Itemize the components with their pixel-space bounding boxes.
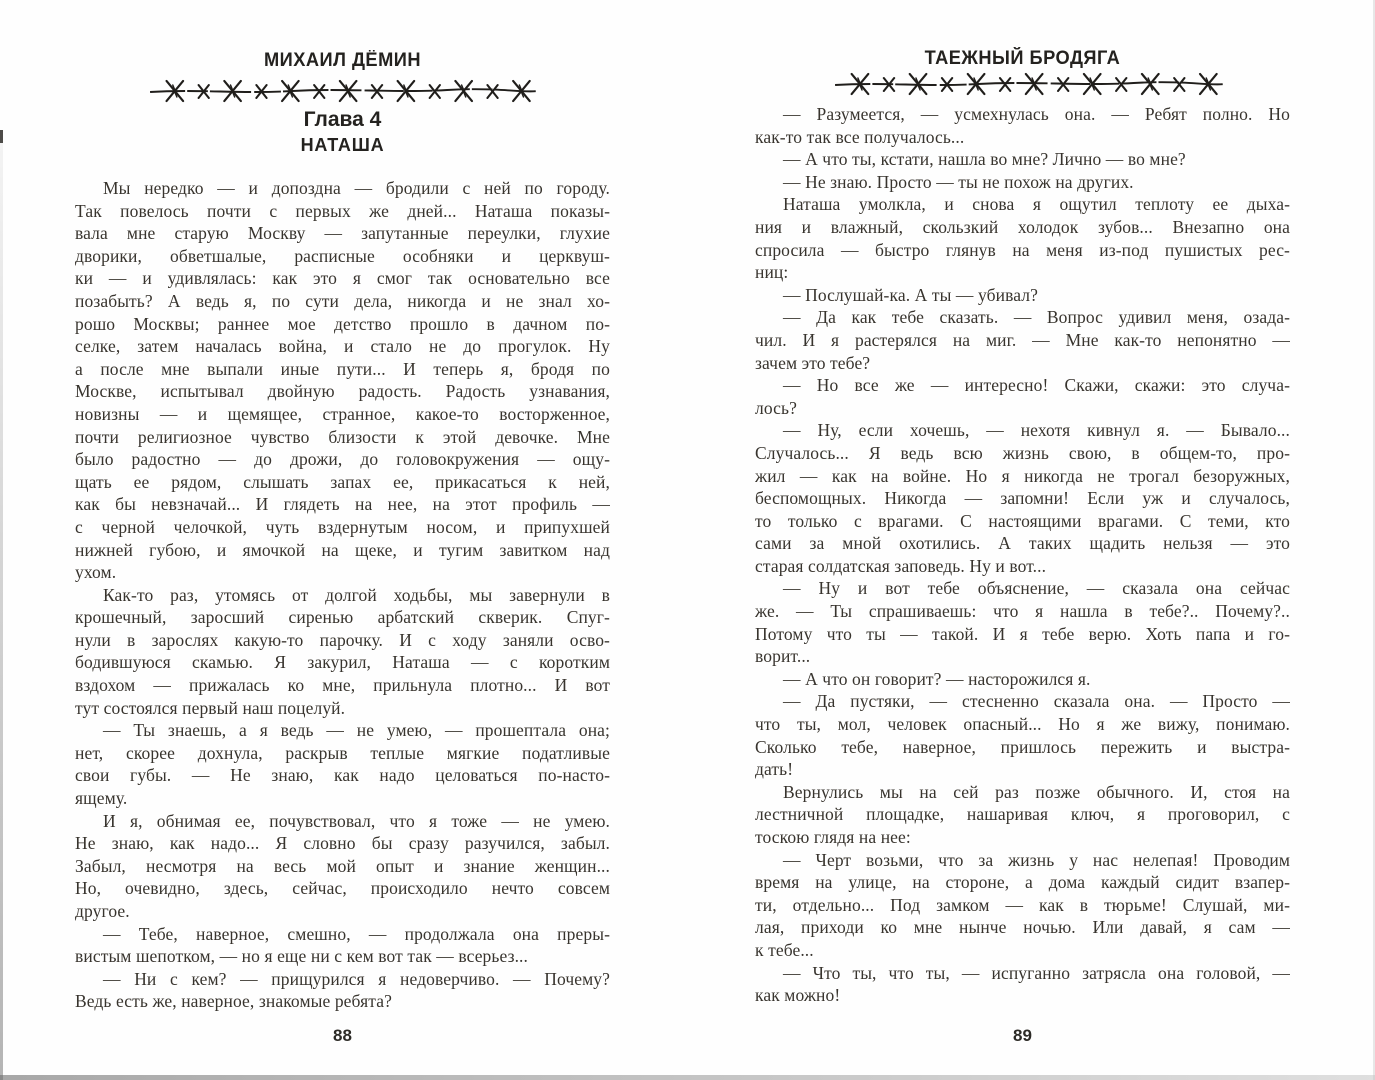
text-line: то только с врагами. С настоящими врагам…	[755, 510, 1290, 533]
text-line: Ведь есть же, наверное, знакомые ребята?	[75, 990, 610, 1013]
text-line: дать!	[755, 758, 1290, 781]
text-line: — Ну, если хочешь, — нехотя кивнул я. — …	[755, 419, 1290, 442]
page-number-left: 88	[75, 1026, 610, 1046]
text-line: бодившуюся скамью. Я закурил, Наташа — с…	[75, 651, 610, 674]
text-line: — Да как тебе сказать. — Вопрос удивил м…	[755, 306, 1290, 329]
text-line: как можно!	[755, 984, 1290, 1007]
text-line: — Ты знаешь, а я ведь — не умею, — проше…	[75, 719, 610, 742]
running-head-author: МИХАИЛ ДЁМИН	[86, 50, 600, 72]
text-line: щать ее рядом, слышать запах ее, прикаса…	[75, 471, 610, 494]
text-line: селке, затем началась война, и стало не …	[75, 335, 610, 358]
text-line: крошечный, заросший сиренью арбатский ск…	[75, 606, 610, 629]
text-line: Как-то раз, утомясь от долгой ходьбы, мы…	[75, 584, 610, 607]
text-line: лая, приходи ко мне нынче ночью. Или дав…	[755, 916, 1290, 939]
chapter-heading: Глава 4	[75, 108, 610, 132]
text-line: — Не знаю. Просто — ты не похож на други…	[755, 171, 1290, 194]
text-line: жил — как на войне. Но я никогда не трог…	[755, 465, 1290, 488]
page-left: МИХАИЛ ДЁМИН Глава 4 НАТАША Мы нередко —…	[75, 0, 610, 1080]
text-line: тут состоялся первый наш поцелуй.	[75, 697, 610, 720]
page-number-right: 89	[755, 1026, 1290, 1046]
barbed-wire-divider-icon	[148, 79, 540, 103]
text-line: ниц:	[755, 261, 1290, 284]
scan-edge-bottom	[0, 1075, 1375, 1080]
page-body-left: Мы нередко — и допоздна — бродили с ней …	[75, 177, 610, 1013]
text-line: Мы нередко — и допоздна — бродили с ней …	[75, 177, 610, 200]
text-line: Случалось... Я ведь всю жизнь свою, в об…	[755, 442, 1290, 465]
text-line: старая солдатская заповедь. Ну и вот...	[755, 555, 1290, 578]
text-line: Не знаю, как надо... Я словно бы сразу р…	[75, 832, 610, 855]
text-line: с черной челочкой, чуть вздернутым носом…	[75, 516, 610, 539]
text-line: Наташа умолкла, и снова я ощутил теплоту…	[755, 193, 1290, 216]
text-line: вздохом — прижалась ко мне, прильнула пл…	[75, 674, 610, 697]
text-line: Москве, испытывал двойную радость. Радос…	[75, 380, 610, 403]
text-line: Но, очевидно, здесь, сейчас, происходило…	[75, 877, 610, 900]
text-line: — Послушай-ка. А ты — убивал?	[755, 284, 1290, 307]
text-line: Вернулись мы на сей раз позже обычного. …	[755, 781, 1290, 804]
text-line: почти религиозное чувство близости к это…	[75, 426, 610, 449]
text-line: лестничной площадке, нашаривая ключ, я п…	[755, 803, 1290, 826]
text-line: — Ни с кем? — прищурился я недоверчиво. …	[75, 968, 610, 991]
text-line: нули в зарослях какую-то парочку. И с хо…	[75, 629, 610, 652]
text-line: — Но все же — интересно! Скажи, скажи: э…	[755, 374, 1290, 397]
text-line: Так повелось почти с первых же дней... Н…	[75, 200, 610, 223]
text-line: ящему.	[75, 787, 610, 810]
book-spread: МИХАИЛ ДЁМИН Глава 4 НАТАША Мы нередко —…	[0, 0, 1375, 1080]
text-line: новизны — и щемящее, странное, какое-то …	[75, 403, 610, 426]
text-line: рошо Москвы; раннее мое детство прошло в…	[75, 313, 610, 336]
text-line: что ты, мол, человек опасный... Но я же …	[755, 713, 1290, 736]
text-line: дворики, обветшалые, расписные особняки …	[75, 245, 610, 268]
text-line: — Черт возьми, что за жизнь у нас нелепа…	[755, 849, 1290, 872]
text-line: позабыть? А ведь я, по сути дела, никогд…	[75, 290, 610, 313]
running-head-title: ТАЕЖНЫЙ БРОДЯГА	[766, 48, 1280, 70]
text-line: же. — Ты спрашиваешь: что я нашла в тебе…	[755, 600, 1290, 623]
text-line: ния и влажный, скользкий холодок зубов..…	[755, 216, 1290, 239]
chapter-title: НАТАША	[75, 135, 610, 156]
text-line: — Разумеется, — усмехнулась она. — Ребят…	[755, 103, 1290, 126]
text-line: ки — и удивлялась: как это я смог так ос…	[75, 267, 610, 290]
text-line: как-то так все получалось...	[755, 126, 1290, 149]
text-line: ти, отдельно... Под замком — как в тюрьм…	[755, 894, 1290, 917]
text-line: было радостно — до дрожи, до головокруже…	[75, 448, 610, 471]
text-line: чил. И я растерялся на миг. — Мне как-то…	[755, 329, 1290, 352]
text-line: спросила — быстро глянув на меня из-под …	[755, 239, 1290, 262]
text-line: — А что он говорит? — насторожился я.	[755, 668, 1290, 691]
text-line: нижней губою, и ямочкой на щеке, и тугим…	[75, 539, 610, 562]
text-line: — Ну и вот тебе объяснение, — сказала он…	[755, 577, 1290, 600]
text-line: зачем это тебе?	[755, 352, 1290, 375]
text-line: Сколько тебе, наверное, пришлось пережит…	[755, 736, 1290, 759]
text-line: — Тебе, наверное, смешно, — продолжала о…	[75, 923, 610, 946]
barbed-wire-divider-icon	[833, 72, 1227, 96]
text-line: свои губы. — Не знаю, как надо целоватьс…	[75, 764, 610, 787]
text-line: тоскою глядя на нее:	[755, 826, 1290, 849]
text-line: Забыл, несмотря на весь мой опыт и знани…	[75, 855, 610, 878]
text-line: И я, обнимая ее, почувствовал, что я тож…	[75, 810, 610, 833]
text-line: беспомощных. Никогда — запомни! Если уж …	[755, 487, 1290, 510]
page-right: ТАЕЖНЫЙ БРОДЯГА — Разумеется, — усмехнул…	[755, 0, 1290, 1080]
scan-edge-left	[0, 140, 3, 1080]
page-body-right: — Разумеется, — усмехнулась она. — Ребят…	[755, 103, 1290, 1007]
text-line: лось?	[755, 397, 1290, 420]
text-line: ворит...	[755, 645, 1290, 668]
text-line: другое.	[75, 900, 610, 923]
text-line: нет, скорее дохнула, раскрыв теплые мягк…	[75, 742, 610, 765]
text-line: а после мне выпали иные пути... И теперь…	[75, 358, 610, 381]
text-line: вистым шепотком, — но я еще ни с кем вот…	[75, 945, 610, 968]
text-line: — Да пустяки, — стесненно сказала она. —…	[755, 690, 1290, 713]
text-line: сами за мной охотились. А таких щадить н…	[755, 532, 1290, 555]
text-line: Потому что ты — такой. И я тебе верю. Хо…	[755, 623, 1290, 646]
scan-edge-tick	[0, 130, 3, 143]
text-line: как бы невзначай... И глядеть на нее, на…	[75, 493, 610, 516]
text-line: время на улице, на стороне, а дома кажды…	[755, 871, 1290, 894]
text-line: ухом.	[75, 561, 610, 584]
text-line: — Что ты, что ты, — испуганно затрясла о…	[755, 962, 1290, 985]
text-line: — А что ты, кстати, нашла во мне? Лично …	[755, 148, 1290, 171]
text-line: к тебе...	[755, 939, 1290, 962]
text-line: вала мне старую Москву — запутанные пере…	[75, 222, 610, 245]
